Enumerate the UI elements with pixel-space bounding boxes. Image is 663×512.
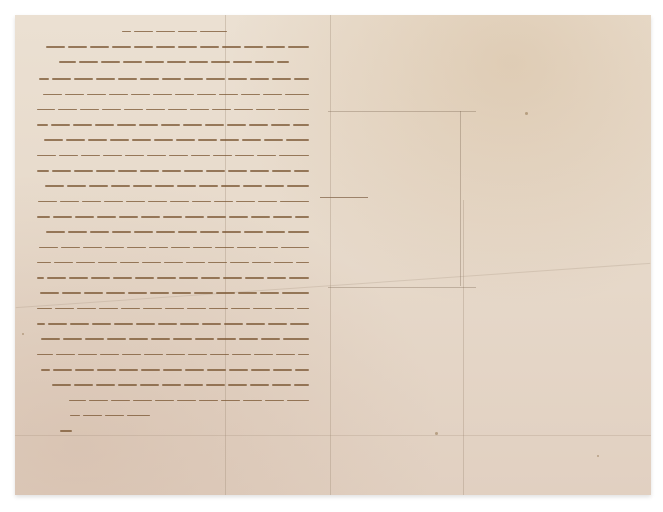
handwritten-line-body xyxy=(37,396,309,407)
fold-crease-vertical xyxy=(330,15,331,495)
handwritten-line-body xyxy=(37,75,309,86)
handwritten-line-body xyxy=(37,197,309,208)
handwritten-line-body xyxy=(37,120,309,131)
handwritten-line-salutation xyxy=(37,42,309,53)
handwritten-line-body xyxy=(37,212,309,223)
handwritten-line-body xyxy=(37,273,309,284)
handwritten-line-body xyxy=(37,304,309,315)
handwritten-line-signature xyxy=(37,426,309,437)
handwritten-line-body xyxy=(37,319,309,330)
handwritten-line-body xyxy=(37,105,309,116)
ink-spot xyxy=(22,333,24,335)
handwritten-line-body xyxy=(37,90,309,101)
handwritten-line-body xyxy=(37,350,309,361)
handwritten-line-body xyxy=(37,243,309,254)
handwritten-line-body xyxy=(37,136,309,147)
handwritten-line-body xyxy=(37,289,309,300)
handwritten-line-heading xyxy=(37,27,309,38)
fold-crease-vertical xyxy=(463,200,464,495)
ink-spot xyxy=(597,455,599,457)
handwritten-line-body xyxy=(37,182,309,193)
ruled-line xyxy=(328,287,476,288)
handwritten-line-salutation xyxy=(37,58,309,69)
ruled-line xyxy=(460,111,461,286)
letter-text-block xyxy=(37,27,309,442)
manuscript-sheet xyxy=(15,15,651,495)
handwritten-line-body xyxy=(37,365,309,376)
ink-spot xyxy=(435,432,438,435)
handwritten-line-body xyxy=(37,381,309,392)
ink-spot xyxy=(525,112,528,115)
handwritten-line-signature xyxy=(37,411,309,422)
handwritten-line-body xyxy=(37,335,309,346)
handwritten-line-body xyxy=(37,258,309,269)
handwritten-line-body xyxy=(37,228,309,239)
handwritten-line-body xyxy=(37,151,309,162)
handwritten-line-body xyxy=(37,166,309,177)
margin-note xyxy=(320,193,368,203)
ruled-line xyxy=(328,111,476,112)
